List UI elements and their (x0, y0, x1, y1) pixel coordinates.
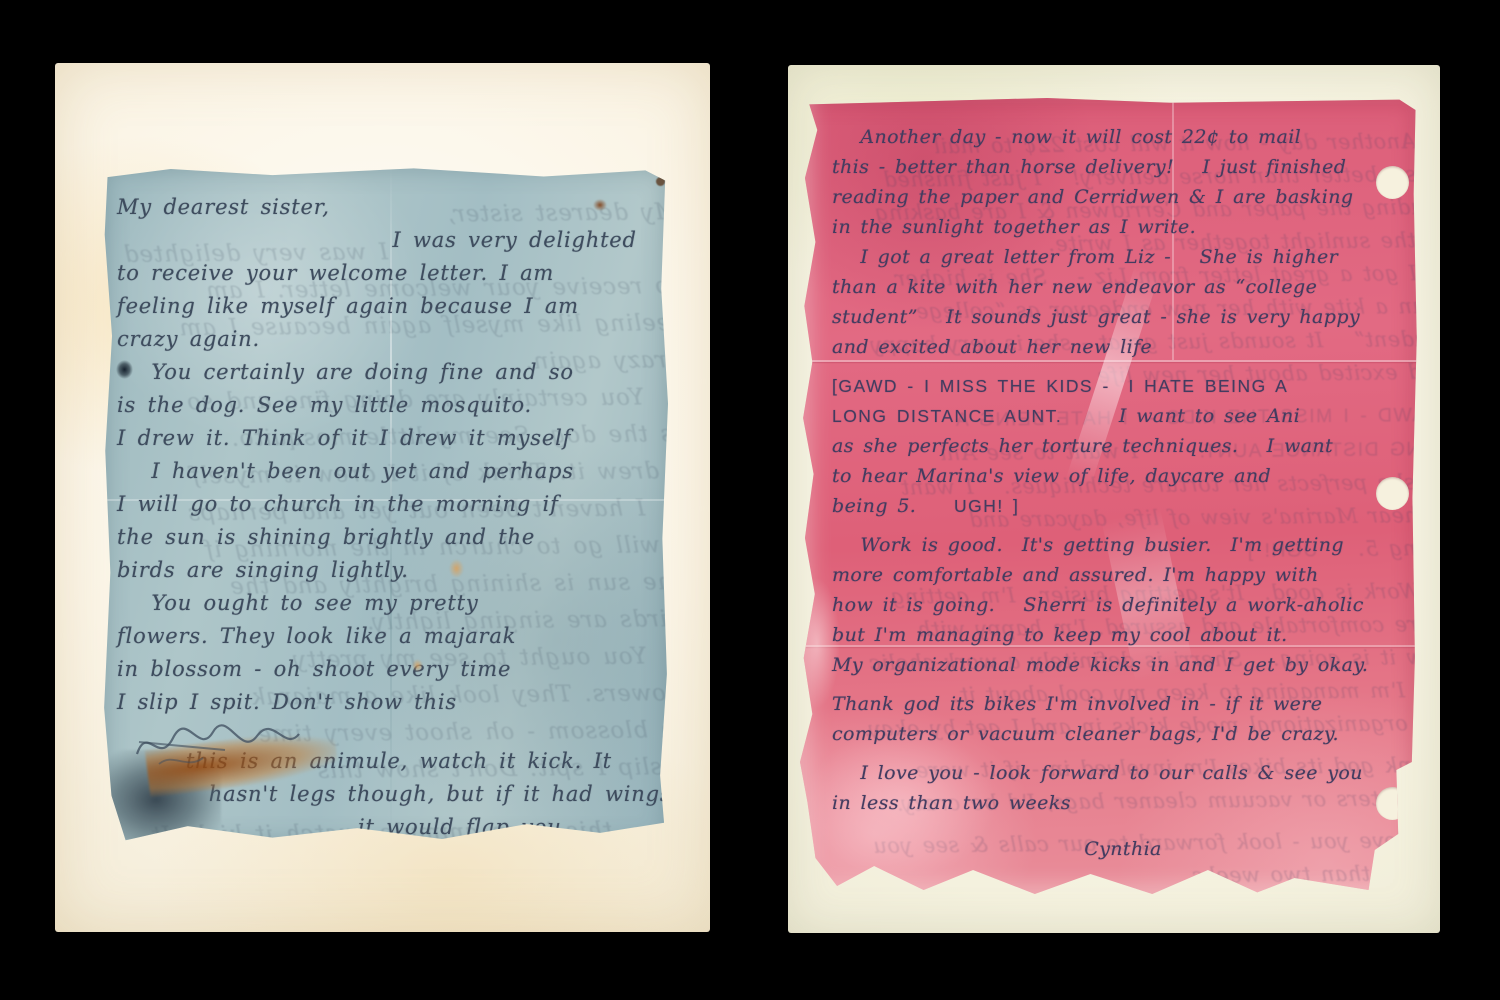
letter-line: LONG DISTANCE AUNT. I want to see Ani (832, 401, 1414, 431)
letter-line: the sun is shining brightly and the (117, 521, 662, 554)
pink-letter-photo: Another day - now it will cost 22¢ to ma… (788, 65, 1440, 933)
letter-line-segment: than a kite with her new endeavor as “co… (832, 276, 1317, 298)
letter-line: crazy again. (117, 323, 662, 356)
letter-line-segment: Cynthia (1102, 913, 1188, 933)
letter-line: You ought to see my pretty (117, 587, 662, 620)
letter-line: to receive your welcome letter. I am (117, 257, 662, 290)
letter-line-segment: I love you - look forward to our calls &… (832, 762, 1363, 784)
letter-line-segment: I got a great letter from Liz - She is h… (832, 246, 1338, 268)
letter-line-segment: more comfortable and assured. I'm happy … (832, 564, 1319, 586)
letter-line: being 5. UGH! ] (832, 491, 1414, 521)
letter-line-segment: birds are singing lightly. (117, 558, 409, 582)
letter-line: I slip I spit. Don't show this (117, 686, 662, 719)
letter-line: computers or vacuum cleaner bags, I'd be… (832, 719, 1414, 749)
letter-line-segment: I drew it. Think of it I drew it myself (117, 426, 571, 450)
blue-letter-paper: My dearest sister, I was very delightedt… (103, 167, 668, 843)
blue-letter-photo: My dearest sister, I was very delightedt… (55, 63, 710, 932)
blue-letter-text: My dearest sister, I was very delightedt… (117, 191, 662, 844)
photo-collage: My dearest sister, I was very delightedt… (0, 0, 1500, 1000)
letter-line: but I'm managing to keep my cool about i… (832, 620, 1414, 650)
letter-line: hasn't legs though, but if it had wings (120, 849, 685, 892)
punch-hole (1376, 787, 1409, 820)
letter-line: You certainly are doing fine and so (117, 356, 662, 389)
letter-line: more comfortable and assured. I'm happy … (832, 560, 1414, 590)
letter-line: Cynthia (832, 834, 1414, 864)
letter-line-segment: and excited about her new life (832, 336, 1152, 358)
letter-line: this - better than horse delivery! I jus… (832, 152, 1414, 182)
letter-line-segment: this is an animule, watch it kick. It (117, 749, 612, 773)
letter-line-segment: computers or vacuum cleaner bags, I'd be… (832, 723, 1339, 745)
letter-line-segment: but I'm managing to keep my cool about i… (832, 624, 1288, 646)
letter-line: in less than two weeks (832, 788, 1414, 818)
letter-line: I was very delighted (117, 224, 662, 257)
corner-speck-stain (656, 177, 665, 186)
letter-line: I love you - look forward to our calls &… (832, 758, 1414, 788)
letter-line: feeling like myself again because I am (117, 290, 662, 323)
letter-line-segment: in blossom - oh shoot every time (117, 657, 511, 681)
letter-line: to hear Marina's view of life, daycare a… (832, 461, 1414, 491)
letter-line: and excited about her new life (832, 332, 1414, 362)
letter-line: this is an animule, watch it kick. It (117, 745, 662, 778)
letter-line-segment: it would flap you. (117, 815, 569, 839)
letter-line-segment: I will go to church in the morning if (117, 492, 559, 516)
letter-line-segment: in the sunlight together as I write. (832, 216, 1196, 238)
letter-line-segment: Thank god its bikes I'm involved in - if… (832, 693, 1322, 715)
letter-line: hasn't legs though, but if it had wings (117, 778, 662, 811)
letter-line: birds are singing lightly. (117, 554, 662, 587)
letter-line-segment: it would flap you. (203, 891, 686, 922)
letter-line: My dearest sister, (117, 191, 662, 224)
letter-line-segment: to receive your welcome letter. I am (117, 261, 554, 285)
letter-line-segment: how it is going. Sherri is definitely a … (832, 594, 1364, 616)
letter-line: Cynthia (836, 906, 1440, 933)
letter-line-segment: this - better than horse delivery! I jus… (832, 156, 1346, 178)
letter-line: student” It sounds just great - she is v… (832, 302, 1414, 332)
letter-line: as she perfects her torture techniques. … (832, 431, 1414, 461)
letter-line: Another day - now it will cost 22¢ to ma… (832, 122, 1414, 152)
punch-hole (1376, 166, 1409, 199)
letter-line-segment: flowers. They look like a majarak (117, 624, 516, 648)
letter-line: I haven't been out yet and perhaps (117, 455, 662, 488)
letter-line: I got a great letter from Liz - She is h… (832, 242, 1414, 272)
letter-line: it would flap you. (120, 886, 685, 929)
letter-line-segment: I was very delighted (117, 228, 637, 252)
letter-line-segment: My organizational mode kicks in and I ge… (832, 654, 1368, 676)
letter-line-segment: crazy again. (117, 327, 260, 351)
letter-line: than a kite with her new endeavor as “co… (832, 272, 1414, 302)
letter-line-segment: to hear Marina's view of life, daycare a… (832, 465, 1271, 487)
letter-line-segment: as she perfects her torture techniques. … (832, 435, 1333, 457)
letter-line-segment: in less than two weeks (832, 792, 1071, 814)
letter-line: Work is good. It's getting busier. I'm g… (832, 530, 1414, 560)
letter-line: in blossom - oh shoot every time (117, 653, 662, 686)
letter-line: I will go to church in the morning if (117, 488, 662, 521)
letter-line-segment: is the dog. See my little mosquito. (117, 393, 532, 417)
letter-line-segment: Work is good. It's getting busier. I'm g… (832, 534, 1344, 556)
pink-letter-paper: Another day - now it will cost 22¢ to ma… (800, 98, 1418, 898)
punch-hole (1376, 477, 1409, 510)
letter-line: reading the paper and Cerridwen & I are … (832, 182, 1414, 212)
letter-line: it would flap you. (117, 811, 662, 844)
pink-letter-text: Another day - now it will cost 22¢ to ma… (832, 122, 1414, 864)
letter-line: Thank god its bikes I'm involved in - if… (832, 689, 1414, 719)
letter-line-segment: hasn't legs though, but if it had wings (87, 854, 685, 886)
letter-line: in the sunlight together as I write. (832, 212, 1414, 242)
letter-line-segment: You ought to see my pretty (117, 591, 479, 615)
letter-line-segment: You certainly are doing fine and so (117, 360, 574, 384)
letter-line: is the dog. See my little mosquito. (117, 389, 662, 422)
letter-line-segment: My dearest sister, (117, 195, 330, 219)
letter-line-segment: feeling like myself again because I am (117, 294, 579, 318)
letter-line-segment: I want to see Ani (1062, 405, 1300, 427)
letter-line: I drew it. Think of it I drew it myself (117, 422, 662, 455)
letter-line-segment: I slip I spit. Don't show this (117, 690, 457, 714)
letter-line-segment: LONG DISTANCE AUNT. (832, 406, 1062, 426)
letter-line: how it is going. Sherri is definitely a … (832, 590, 1414, 620)
letter-line-segment: Another day - now it will cost 22¢ to ma… (832, 126, 1301, 148)
letter-line-segment: in less than two weeks (1192, 861, 1440, 888)
letter-line-segment: the sun is shining brightly and the (117, 525, 535, 549)
letter-line-segment: student” It sounds just great - she is v… (832, 306, 1360, 328)
letter-line-segment: Cynthia (1084, 838, 1162, 860)
letter-line: [GAWD - I MISS THE KIDS - I HATE BEING A (832, 371, 1414, 401)
letter-line-segment: being 5. (832, 495, 954, 517)
letter-line-segment: reading the paper and Cerridwen & I are … (832, 186, 1353, 208)
letter-line-segment: I haven't been out yet and perhaps (117, 459, 574, 483)
letter-line: flowers. They look like a majarak (117, 620, 662, 653)
letter-line: My organizational mode kicks in and I ge… (832, 650, 1414, 680)
letter-line-segment: [GAWD - I MISS THE KIDS - I HATE BEING A (832, 376, 1288, 396)
letter-line-segment: UGH! ] (954, 496, 1019, 516)
letter-line-segment: hasn't legs though, but if it had wings (117, 782, 671, 806)
